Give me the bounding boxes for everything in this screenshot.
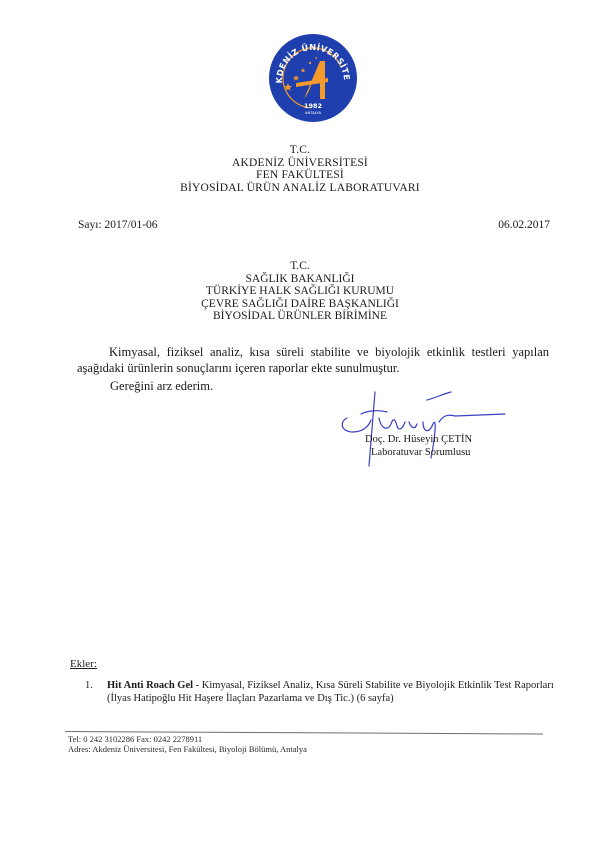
recipient-block: T.C. SAĞLIK BAKANLIĞI TÜRKİYE HALK SAĞLI…: [0, 260, 600, 323]
recipient-line: ÇEVRE SAĞLIĞI DAİRE BAŞKANLIĞI: [0, 298, 600, 311]
recipient-line: SAĞLIK BAKANLIĞI: [0, 273, 600, 286]
letterhead: T.C. AKDENİZ ÜNİVERSİTESİ FEN FAKÜLTESİ …: [0, 144, 600, 194]
recipient-line: TÜRKİYE HALK SAĞLIĞI KURUMU: [0, 285, 600, 298]
reference-number: Sayı: 2017/01-06: [78, 219, 158, 231]
recipient-line: T.C.: [0, 260, 600, 273]
university-logo: AKDENİZ ÜNİVERSİTESİ 1982 ANTALYA: [268, 33, 358, 123]
attachment-item: 1. Hit Anti Roach Gel - Kimyasal, Fiziks…: [85, 680, 560, 705]
letterhead-line: AKDENİZ ÜNİVERSİTESİ: [0, 157, 600, 170]
recipient-line: BİYOSİDAL ÜRÜNLER BİRİMİNE: [0, 310, 600, 323]
letterhead-line: BİYOSİDAL ÜRÜN ANALİZ LABORATUVARI: [0, 182, 600, 195]
attachment-title: Hit Anti Roach Gel: [107, 680, 193, 691]
svg-text:1982: 1982: [304, 102, 322, 110]
akdeniz-university-seal-icon: AKDENİZ ÜNİVERSİTESİ 1982 ANTALYA: [268, 33, 358, 123]
document-date: 06.02.2017: [498, 219, 550, 231]
letterhead-line: FEN FAKÜLTESİ: [0, 169, 600, 182]
signer-block: Doç. Dr. Hüseyin ÇETİN Laboratuvar Sorum…: [365, 434, 472, 459]
attachment-number: 1.: [85, 680, 93, 693]
footer: Tel: 0 242 3102286 Fax: 0242 2278911 Adr…: [68, 734, 307, 754]
svg-text:ANTALYA: ANTALYA: [305, 110, 322, 115]
signer-title: Laboratuvar Sorumlusu: [365, 447, 472, 460]
attachment-list: 1. Hit Anti Roach Gel - Kimyasal, Fiziks…: [85, 680, 560, 705]
letterhead-line: T.C.: [0, 144, 600, 157]
closing-line: Gereğini arz ederim.: [110, 379, 213, 394]
footer-address: Adres: Akdeniz Üniversitesi, Fen Fakülte…: [68, 744, 307, 754]
attachments-heading: Ekler:: [70, 658, 97, 670]
body-paragraph: Kimyasal, fiziksel analiz, kısa süreli s…: [77, 344, 549, 376]
signer-name: Doç. Dr. Hüseyin ÇETİN: [365, 434, 472, 447]
footer-contact: Tel: 0 242 3102286 Fax: 0242 2278911: [68, 734, 307, 744]
